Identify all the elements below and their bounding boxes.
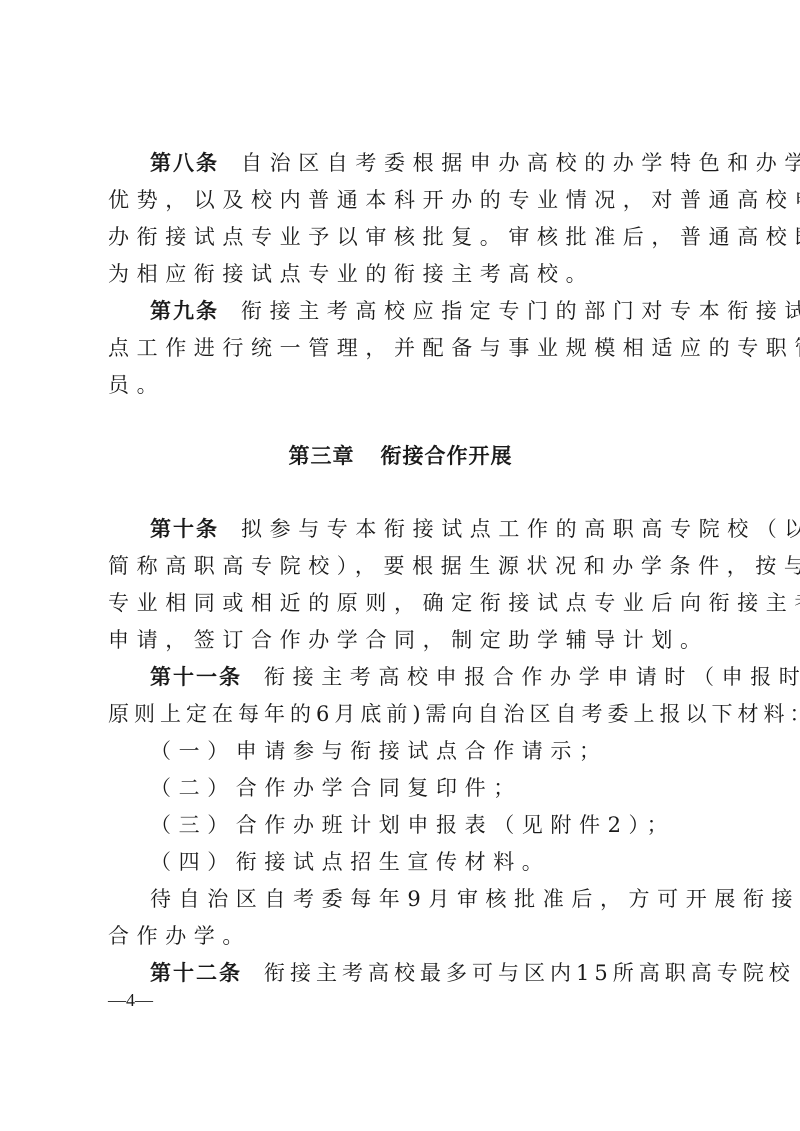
- article-9-line-1: 第九条衔接主考高校应指定专门的部门对专本衔接试: [108, 293, 693, 330]
- article-8-line-4: 为相应衔接试点专业的衔接主考高校。: [108, 256, 693, 293]
- list-item: （一）申请参与衔接试点合作请示；: [108, 733, 693, 770]
- article-9-line-2: 点工作进行统一管理，并配备与事业规模相适应的专职管理人: [108, 330, 693, 367]
- article-12-line-1: 第十二条衔接主考高校最多可与区内15所高职高专院校: [108, 955, 693, 992]
- list-item: （四）衔接试点招生宣传材料。: [108, 844, 693, 881]
- article-heading: 第十一条: [150, 665, 242, 689]
- article-11-closing-2: 合作办学。: [108, 918, 693, 955]
- page-number: —4—: [108, 990, 153, 1011]
- article-11-closing-1: 待自治区自考委每年9月审核批准后，方可开展衔接试点: [108, 881, 693, 918]
- article-heading: 第十二条: [150, 961, 242, 985]
- article-10-line-2: 简称高职高专院校），要根据生源状况和办学条件，按与本校: [108, 548, 693, 585]
- list-item: （二）合作办学合同复印件；: [108, 770, 693, 807]
- article-11-line-1: 第十一条衔接主考高校申报合作办学申请时（申报时间: [108, 659, 693, 696]
- article-heading: 第九条: [150, 299, 219, 323]
- article-8-line-2: 优势，以及校内普通本科开办的专业情况，对普通高校申请开: [108, 182, 693, 219]
- article-8-line-3: 办衔接试点专业予以审核批复。审核批准后，普通高校即可成: [108, 219, 693, 256]
- article-10-line-3: 专业相同或相近的原则，确定衔接试点专业后向衔接主考高校: [108, 585, 693, 622]
- article-10-line-1: 第十条拟参与专本衔接试点工作的高职高专院校（以下: [108, 511, 693, 548]
- list-item: （三）合作办班计划申报表（见附件2）；: [108, 807, 693, 844]
- article-heading: 第八条: [150, 151, 219, 175]
- chapter-heading: 第三章衔接合作开展: [108, 438, 693, 475]
- article-8-line-1: 第八条自治区自考委根据申办高校的办学特色和办学: [108, 145, 693, 182]
- document-page: 第八条自治区自考委根据申办高校的办学特色和办学 优势，以及校内普通本科开办的专业…: [108, 145, 693, 992]
- article-10-line-4: 申请，签订合作办学合同，制定助学辅导计划。: [108, 622, 693, 659]
- article-9-line-3: 员。: [108, 367, 693, 404]
- article-heading: 第十条: [150, 517, 219, 541]
- article-11-line-2: 原则上定在每年的6月底前)需向自治区自考委上报以下材料：: [108, 696, 693, 733]
